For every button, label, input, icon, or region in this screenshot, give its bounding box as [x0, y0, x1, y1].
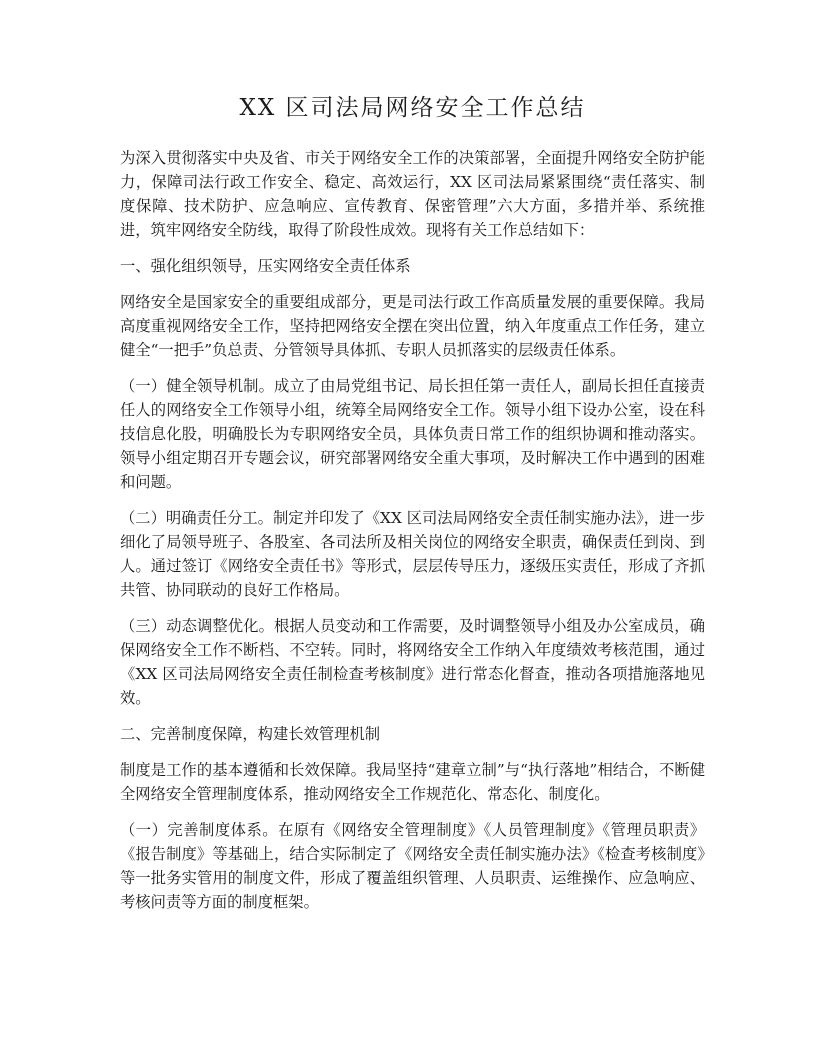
section-1-item-3: （三）动态调整优化。根据人员变动和工作需要，及时调整领导小组及办公室成员，确保网…: [120, 614, 705, 710]
document-title: XX 区司法局网络安全工作总结: [120, 92, 705, 124]
intro-paragraph: 为深入贯彻落实中央及省、市关于网络安全工作的决策部署，全面提升网络安全防护能力，…: [120, 146, 705, 242]
document-page: XX 区司法局网络安全工作总结 为深入贯彻落实中央及省、市关于网络安全工作的决策…: [120, 92, 705, 926]
section-1-intro: 网络安全是国家安全的重要组成部分，更是司法行政工作高质量发展的重要保障。我局高度…: [120, 290, 705, 362]
section-2-intro: 制度是工作的基本遵循和长效保障。我局坚持“建章立制”与“执行落地”相结合，不断健…: [120, 758, 705, 806]
section-2-item-1: （一）完善制度体系。在原有《网络安全管理制度》《人员管理制度》《管理员职责》《报…: [120, 818, 705, 914]
section-heading-2: 二、完善制度保障，构建长效管理机制: [120, 722, 705, 746]
section-1-item-1: （一）健全领导机制。成立了由局党组书记、局长担任第一责任人，副局长担任直接责任人…: [120, 374, 705, 494]
section-heading-1: 一、强化组织领导，压实网络安全责任体系: [120, 254, 705, 278]
section-1-item-2: （二）明确责任分工。制定并印发了《XX 区司法局网络安全责任制实施办法》，进一步…: [120, 506, 705, 602]
